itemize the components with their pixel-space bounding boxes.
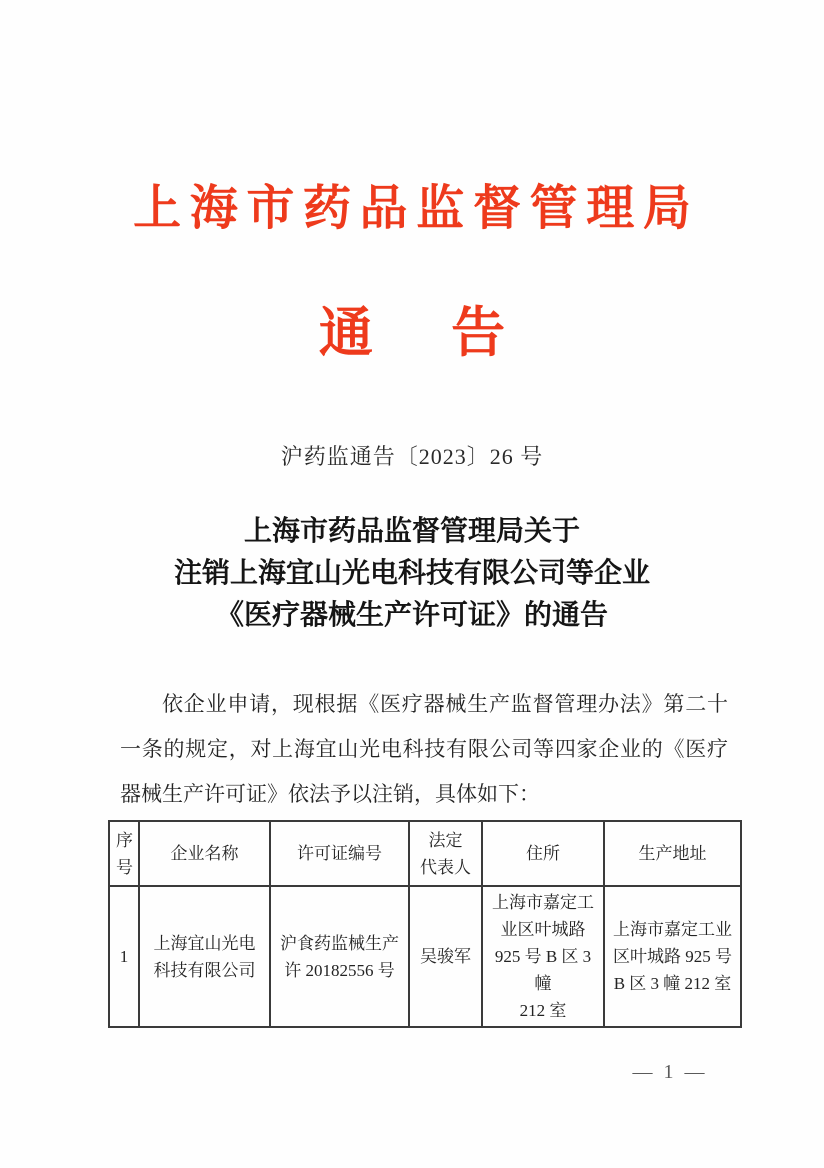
cancellation-table: 序 号 企业名称 许可证编号 法定 代表人 住所 生产地址 1 上海宜山光电 科… (108, 820, 742, 1028)
table-header-row: 序 号 企业名称 许可证编号 法定 代表人 住所 生产地址 (109, 821, 741, 886)
cell-legal-rep: 吴骏军 (409, 886, 482, 1027)
document-page: 上海市药品监督管理局 通告 沪药监通告〔2023〕26 号 上海市药品监督管理局… (0, 0, 824, 1168)
cell-company: 上海宜山光电 科技有限公司 (139, 886, 270, 1027)
cell-seq: 1 (109, 886, 139, 1027)
notice-title-line-1: 上海市药品监督管理局关于 (0, 511, 824, 553)
col-header-company: 企业名称 (139, 821, 270, 886)
col-header-production-address: 生产地址 (604, 821, 741, 886)
agency-title: 上海市药品监督管理局 (0, 183, 824, 236)
notice-type-title: 通告 (0, 304, 824, 363)
body-paragraph: 依企业申请，现根据《医疗器械生产监督管理办法》第二十一条的规定，对上海宜山光电科… (120, 682, 728, 817)
page-number: — 1 — (600, 1061, 740, 1084)
notice-title-line-3: 《医疗器械生产许可证》的通告 (0, 595, 824, 637)
col-header-license: 许可证编号 (270, 821, 409, 886)
notice-title-line-2: 注销上海宜山光电科技有限公司等企业 (0, 553, 824, 595)
cell-production-address: 上海市嘉定工业 区叶城路 925 号 B 区 3 幢 212 室 (604, 886, 741, 1027)
notice-title: 上海市药品监督管理局关于 注销上海宜山光电科技有限公司等企业 《医疗器械生产许可… (0, 511, 824, 637)
doc-number: 沪药监通告〔2023〕26 号 (0, 440, 824, 471)
col-header-residence: 住所 (482, 821, 604, 886)
cell-license-no: 沪食药监械生产 许 20182556 号 (270, 886, 409, 1027)
col-header-legal-rep: 法定 代表人 (409, 821, 482, 886)
table-row: 1 上海宜山光电 科技有限公司 沪食药监械生产 许 20182556 号 吴骏军… (109, 886, 741, 1027)
col-header-seq: 序 号 (109, 821, 139, 886)
cell-residence: 上海市嘉定工 业区叶城路 925 号 B 区 3 幢 212 室 (482, 886, 604, 1027)
